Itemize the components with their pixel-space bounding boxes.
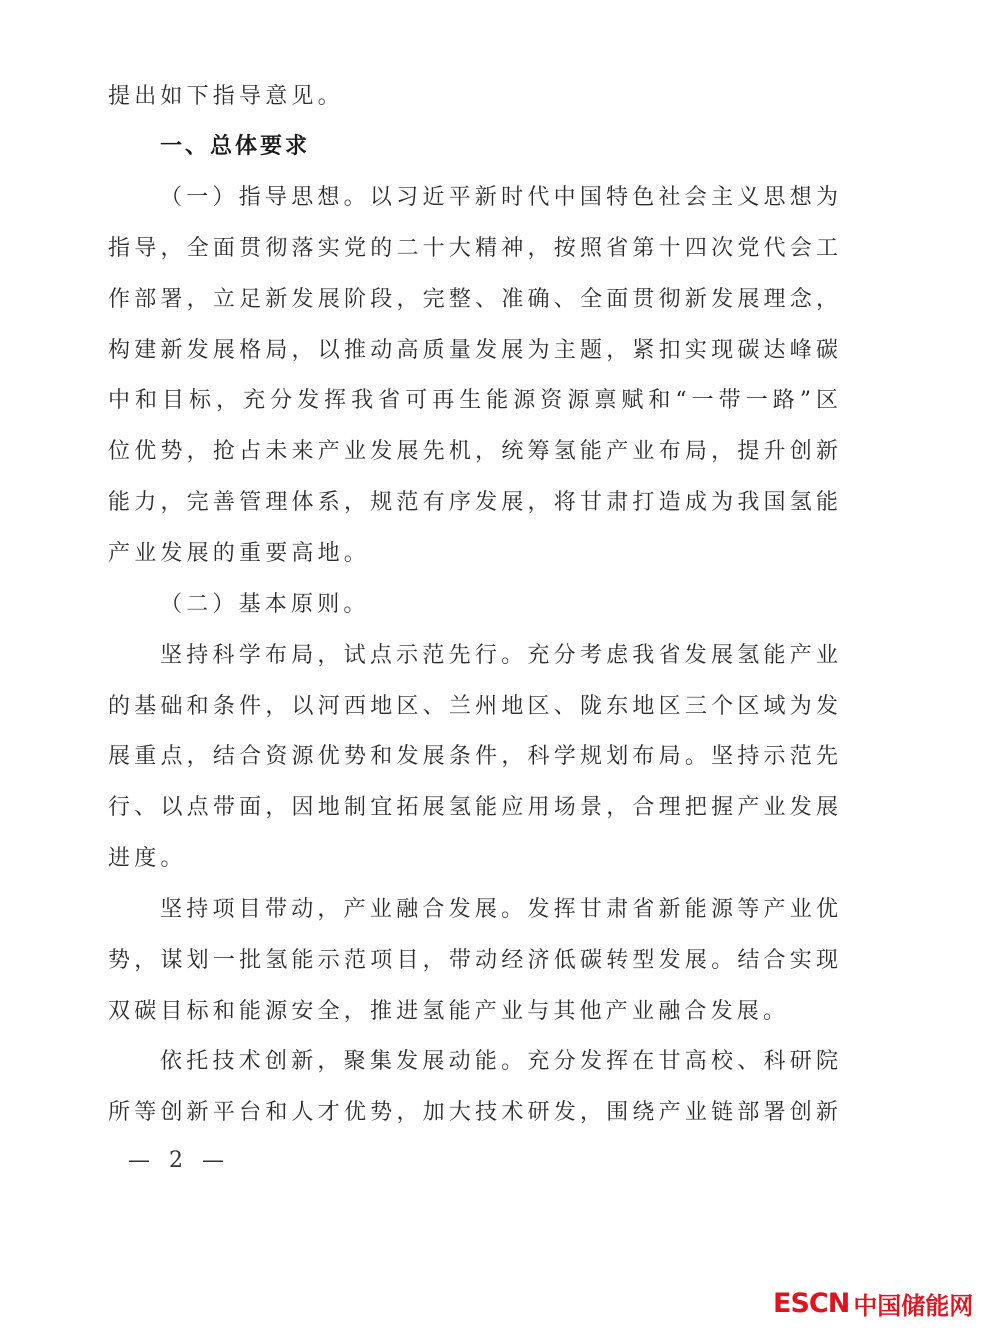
text-line: （二）基本原则。: [160, 590, 838, 620]
logo-chinese-text: 中国储能网: [853, 1286, 973, 1321]
text-line: 中和目标，充分发挥我省可再生能源资源禀赋和“一带一路”区: [108, 386, 838, 416]
text-line: 坚持项目带动，产业融合发展。发挥甘肃省新能源等产业优: [160, 895, 838, 925]
text-line: 产业发展的重要高地。: [108, 539, 838, 569]
document-page: 提出如下指导意见。一、总体要求（一）指导思想。以习近平新时代中国特色社会主义思想…: [0, 0, 1005, 1338]
text-line: 展重点，结合资源优势和发展条件，科学规划布局。坚持示范先: [108, 742, 838, 772]
text-line: 双碳目标和能源安全，推进氢能产业与其他产业融合发展。: [108, 997, 838, 1027]
logo-english-text: ESCN: [773, 1288, 849, 1319]
text-line: 进度。: [108, 844, 838, 874]
text-line: 坚持科学布局，试点示范先行。充分考虑我省发展氢能产业: [160, 641, 838, 671]
text-line: 提出如下指导意见。: [108, 82, 838, 112]
escn-logo: ESCN 中国储能网: [773, 1286, 973, 1320]
text-line: 位优势，抢占未来产业发展先机，统筹氢能产业布局，提升创新: [108, 437, 838, 467]
text-line: 能力，完善管理体系，规范有序发展，将甘肃打造成为我国氢能: [108, 488, 838, 518]
text-line: 指导，全面贯彻落实党的二十大精神，按照省第十四次党代会工: [108, 234, 838, 264]
section-heading: 一、总体要求: [160, 132, 838, 162]
text-line: 行、以点带面，因地制宜拓展氢能应用场景，合理把握产业发展: [108, 793, 838, 823]
text-line: （一）指导思想。以习近平新时代中国特色社会主义思想为: [160, 183, 838, 213]
page-number: — 2 —: [128, 1148, 230, 1173]
text-line: 依托技术创新，聚集发展动能。充分发挥在甘高校、科研院: [160, 1047, 838, 1077]
text-line: 所等创新平台和人才优势，加大技术研发，围绕产业链部署创新: [108, 1098, 838, 1128]
text-line: 作部署，立足新发展阶段，完整、准确、全面贯彻新发展理念，: [108, 285, 838, 315]
text-line: 的基础和条件，以河西地区、兰州地区、陇东地区三个区域为发: [108, 692, 838, 722]
text-line: 势，谋划一批氢能示范项目，带动经济低碳转型发展。结合实现: [108, 946, 838, 976]
text-line: 构建新发展格局，以推动高质量发展为主题，紧扣实现碳达峰碳: [108, 336, 838, 366]
